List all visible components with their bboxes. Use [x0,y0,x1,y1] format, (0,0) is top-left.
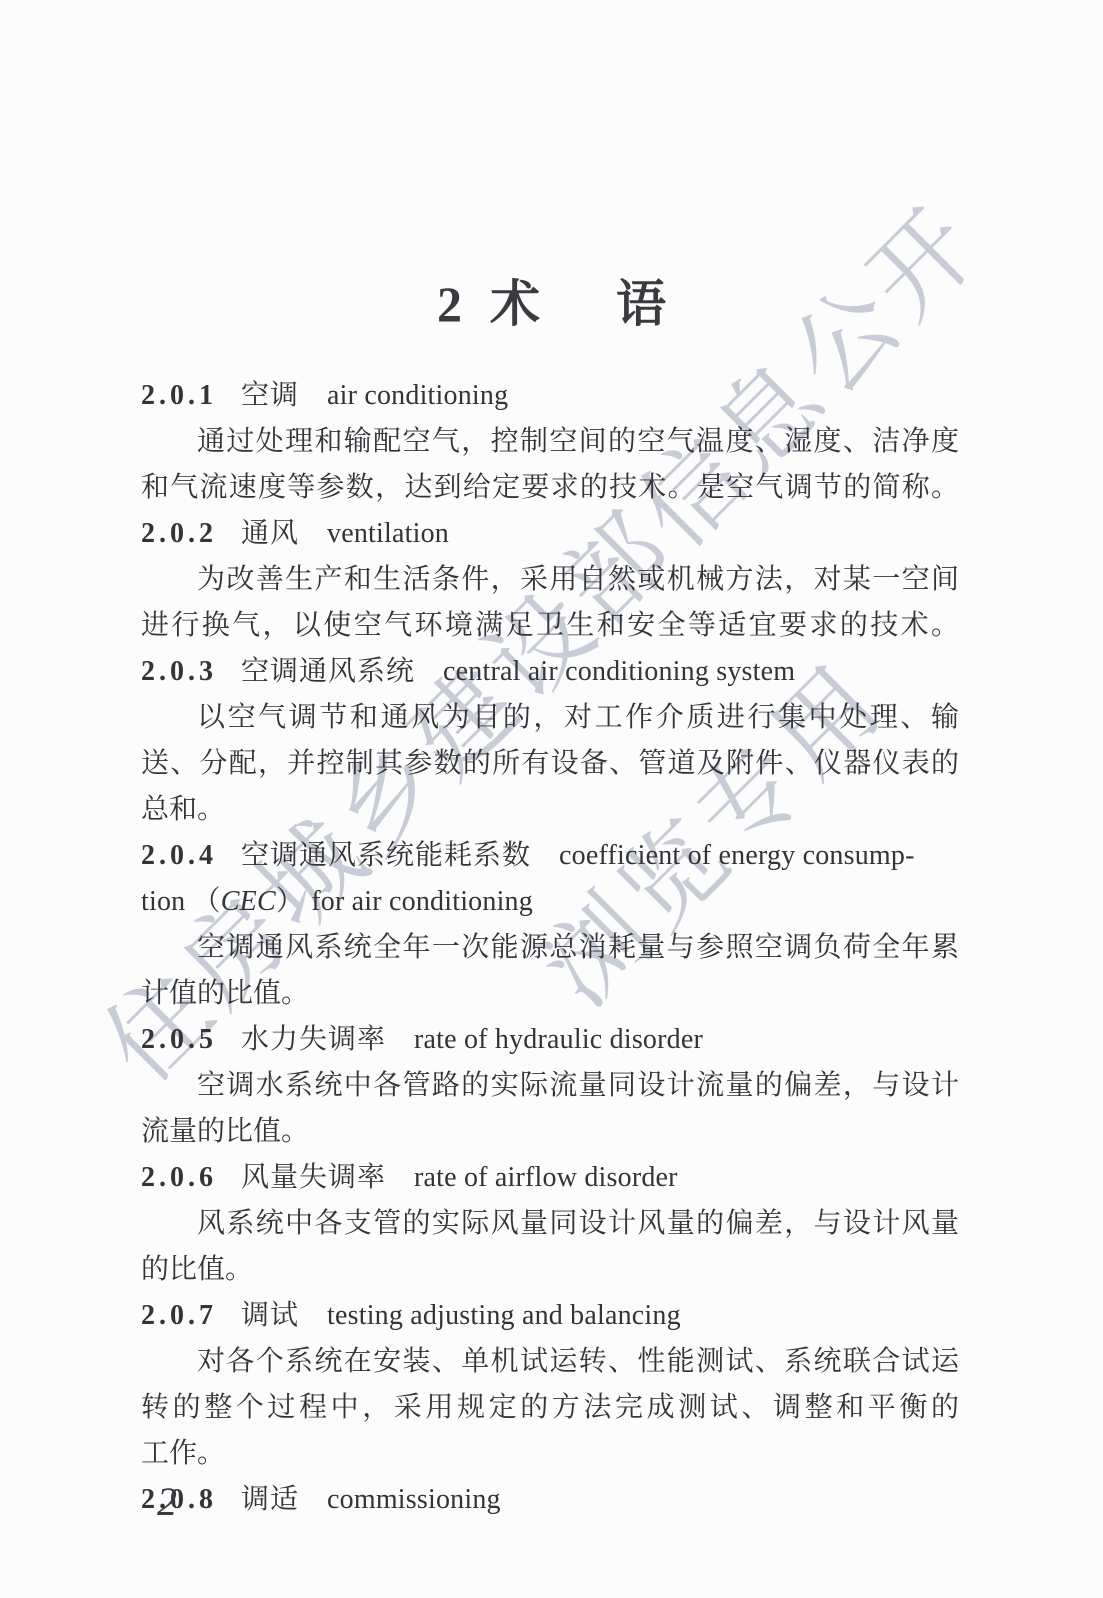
chapter-title: 2术语 [0,264,1103,336]
term-english: air conditioning [327,380,508,411]
term-number: 2.0.8 [141,1484,217,1515]
term-definition: 以空气调节和通风为目的，对工作介质进行集中处理、输 送、分配，并控制其参数的所有… [141,695,959,833]
chapter-title-word-2: 语 [616,276,666,332]
definition-line: 为改善生产和生活条件，采用自然或机械方法，对某一空间 [141,557,959,603]
term-definition: 为改善生产和生活条件，采用自然或机械方法，对某一空间 进行换气，以使空气环境满足… [141,557,959,649]
definition-line: 空调水系统中各管路的实际流量同设计流量的偏差，与设计 [141,1063,959,1109]
term-definition: 对各个系统在安装、单机试运转、性能测试、系统联合试运 转的整个过程中，采用规定的… [141,1339,959,1477]
definition-line: 流量的比值。 [141,1109,959,1155]
term-number: 2.0.4 [141,840,217,871]
term-chinese: 空调 [241,380,299,411]
term-number: 2.0.7 [141,1300,217,1331]
definition-line: 计值的比值。 [141,971,959,1017]
term-heading: 2.0.7调试testing adjusting and balancing [141,1293,959,1339]
term-number: 2.0.2 [141,518,217,549]
definition-line: 通过处理和输配空气，控制空间的空气温度、湿度、洁净度 [141,419,959,465]
term-section-2-0-8: 2.0.8调适commissioning [141,1477,959,1523]
definition-line: 以空气调节和通风为目的，对工作介质进行集中处理、输 [141,695,959,741]
term-number: 2.0.1 [141,380,217,411]
term-chinese: 风量失调率 [241,1162,386,1193]
term-heading: 2.0.6风量失调率rate of airflow disorder [141,1155,959,1201]
chapter-title-word-1: 术 [490,276,540,332]
definition-line: 进行换气，以使空气环境满足卫生和安全等适宜要求的技术。 [141,603,959,649]
term-english: testing adjusting and balancing [327,1300,681,1331]
definition-line: 转的整个过程中，采用规定的方法完成测试、调整和平衡的 [141,1385,959,1431]
definition-line: 的比值。 [141,1247,959,1293]
term-chinese: 调试 [241,1300,299,1331]
term-chinese: 调适 [241,1484,299,1515]
page-number: 2 [157,1478,177,1525]
term-number: 2.0.5 [141,1024,217,1055]
term-chinese: 水力失调率 [241,1024,386,1055]
term-english: coefficient of energy consump- [559,840,915,871]
term-chinese: 通风 [241,518,299,549]
term-section-2-0-1: 2.0.1空调air conditioning 通过处理和输配空气，控制空间的空… [141,373,959,511]
term-section-2-0-2: 2.0.2通风ventilation 为改善生产和生活条件，采用自然或机械方法，… [141,511,959,649]
term-heading: 2.0.1空调air conditioning [141,373,959,419]
term-english-continued: tion （ [141,886,221,917]
definition-line: 送、分配，并控制其参数的所有设备、管道及附件、仪器仪表的 [141,741,959,787]
term-english: central air conditioning system [443,656,795,687]
term-definition: 通过处理和输配空气，控制空间的空气温度、湿度、洁净度 和气流速度等参数，达到给定… [141,419,959,511]
document-page: 住房城乡建设部信息公开 浏览专用 2术语 2.0.1空调air conditio… [0,0,1103,1598]
term-english-continued: ） for air conditioning [276,886,533,917]
term-english: rate of hydraulic disorder [414,1024,703,1055]
term-english: commissioning [327,1484,501,1515]
term-english: rate of airflow disorder [414,1162,678,1193]
term-heading-line-1: 2.0.4空调通风系统能耗系数coefficient of energy con… [141,833,959,879]
term-section-2-0-5: 2.0.5水力失调率rate of hydraulic disorder 空调水… [141,1017,959,1155]
term-english: ventilation [327,518,449,549]
term-heading: 2.0.3空调通风系统central air conditioning syst… [141,649,959,695]
term-chinese: 空调通风系统 [241,656,415,687]
definition-line: 风系统中各支管的实际风量同设计风量的偏差，与设计风量 [141,1201,959,1247]
term-section-2-0-4: 2.0.4空调通风系统能耗系数coefficient of energy con… [141,833,959,1017]
term-section-2-0-7: 2.0.7调试testing adjusting and balancing 对… [141,1293,959,1477]
term-heading-line-2: tion （CEC） for air conditioning [141,879,959,925]
term-chinese: 空调通风系统能耗系数 [241,840,531,871]
term-number: 2.0.3 [141,656,217,687]
definition-line: 空调通风系统全年一次能源总消耗量与参照空调负荷全年累 [141,925,959,971]
term-section-2-0-3: 2.0.3空调通风系统central air conditioning syst… [141,649,959,833]
term-definition: 空调通风系统全年一次能源总消耗量与参照空调负荷全年累 计值的比值。 [141,925,959,1017]
term-heading: 2.0.2通风ventilation [141,511,959,557]
definition-line: 和气流速度等参数，达到给定要求的技术。是空气调节的简称。 [141,465,959,511]
term-english-abbreviation: CEC [221,886,276,917]
term-section-2-0-6: 2.0.6风量失调率rate of airflow disorder 风系统中各… [141,1155,959,1293]
term-definition: 风系统中各支管的实际风量同设计风量的偏差，与设计风量 的比值。 [141,1201,959,1293]
term-number: 2.0.6 [141,1162,217,1193]
chapter-number: 2 [437,276,462,332]
term-definition: 空调水系统中各管路的实际流量同设计流量的偏差，与设计 流量的比值。 [141,1063,959,1155]
term-heading: 2.0.8调适commissioning [141,1477,959,1523]
term-heading: 2.0.4空调通风系统能耗系数coefficient of energy con… [141,833,959,925]
term-heading: 2.0.5水力失调率rate of hydraulic disorder [141,1017,959,1063]
definition-line: 工作。 [141,1431,959,1477]
terms-list: 2.0.1空调air conditioning 通过处理和输配空气，控制空间的空… [141,373,959,1523]
definition-line: 对各个系统在安装、单机试运转、性能测试、系统联合试运 [141,1339,959,1385]
definition-line: 总和。 [141,787,959,833]
